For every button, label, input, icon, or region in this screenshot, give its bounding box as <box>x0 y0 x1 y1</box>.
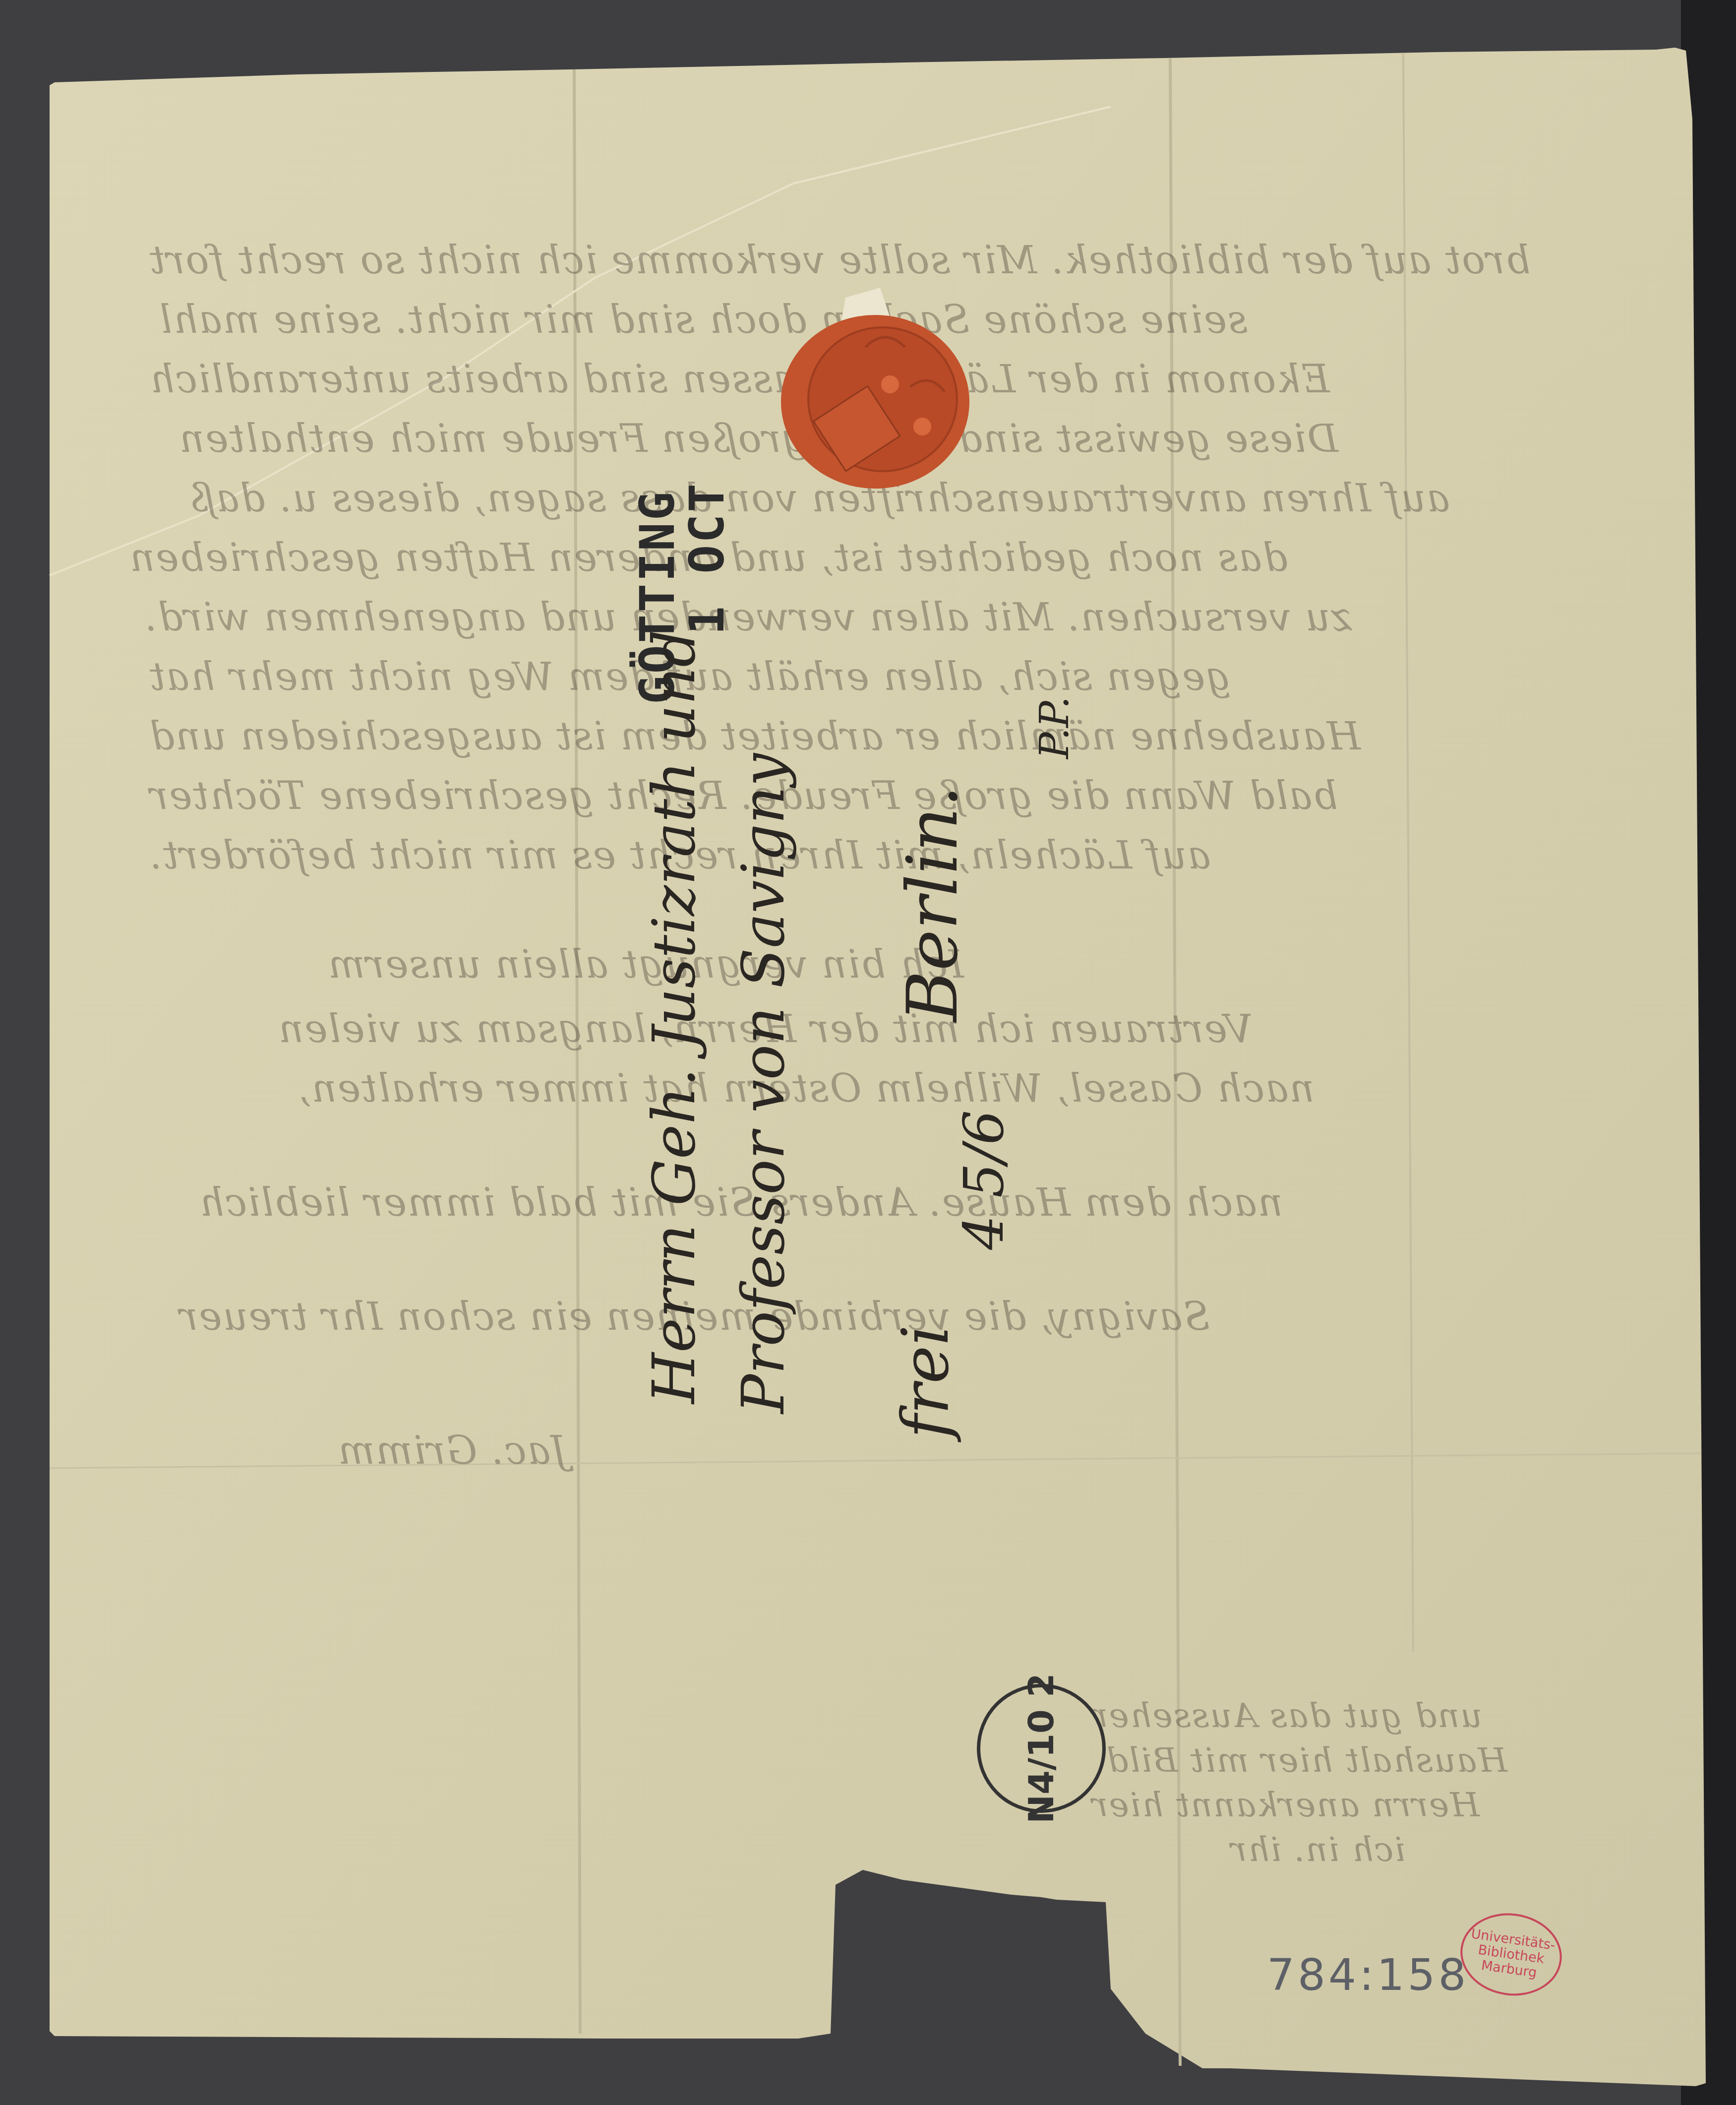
shelfmark: 784:158 <box>1267 1949 1469 2000</box>
letter-sheet: brot auf der bibliothek. Mir sollte verk… <box>0 0 1736 2105</box>
bleed-through-line: Jac. Grimm <box>337 1428 567 1473</box>
bleed-through-line: nach Cassel, Wilhelm Ostern hat immer er… <box>298 1066 1315 1111</box>
address-line-3: Berlin. <box>893 785 973 1022</box>
bleed-through-line: und gut das Ausseher <box>1091 1696 1482 1735</box>
bleed-through-line: Herrn anerkannt hier <box>1091 1786 1480 1825</box>
bleed-through-line: Ekonom in der Länge verlassen sind arbei… <box>149 357 1330 402</box>
postmark-date: 1 OCT <box>679 482 735 635</box>
bleed-through-line: Hausbehne nämlich er arbeitet dem ist au… <box>149 714 1361 759</box>
wax-seal <box>766 278 979 491</box>
wax-seal-icon <box>766 278 979 491</box>
bleed-through-line: ich in. ihr <box>1230 1830 1405 1869</box>
bleed-through-line: Diese gewisst sind vielen großen Freude … <box>179 417 1338 461</box>
pp-note: P.P. <box>1031 696 1078 759</box>
postage-fraction: 4 5/6 <box>952 1110 1016 1250</box>
franking-note: frei <box>888 1325 963 1438</box>
address-line-1: Herrn Geh. Justizrath und <box>640 629 708 1404</box>
bleed-through-line: brot auf der bibliothek. Mir sollte verk… <box>149 238 1530 283</box>
circular-stamp-text: N4/10 2 <box>1021 1673 1062 1823</box>
circular-number-stamp: N4/10 2 <box>977 1684 1106 1813</box>
address-line-2: Professor von Savigny <box>729 753 797 1414</box>
postmark-date-text: 1 OCT <box>679 482 735 635</box>
bleed-through-line: zu versuchen. Mit allen verwenden und an… <box>144 595 1352 640</box>
bleed-through-line: seine schöne Sachen doch sind mir nicht.… <box>159 298 1248 342</box>
bleed-through-line: Haushalt hier mit Bild <box>1106 1741 1507 1780</box>
